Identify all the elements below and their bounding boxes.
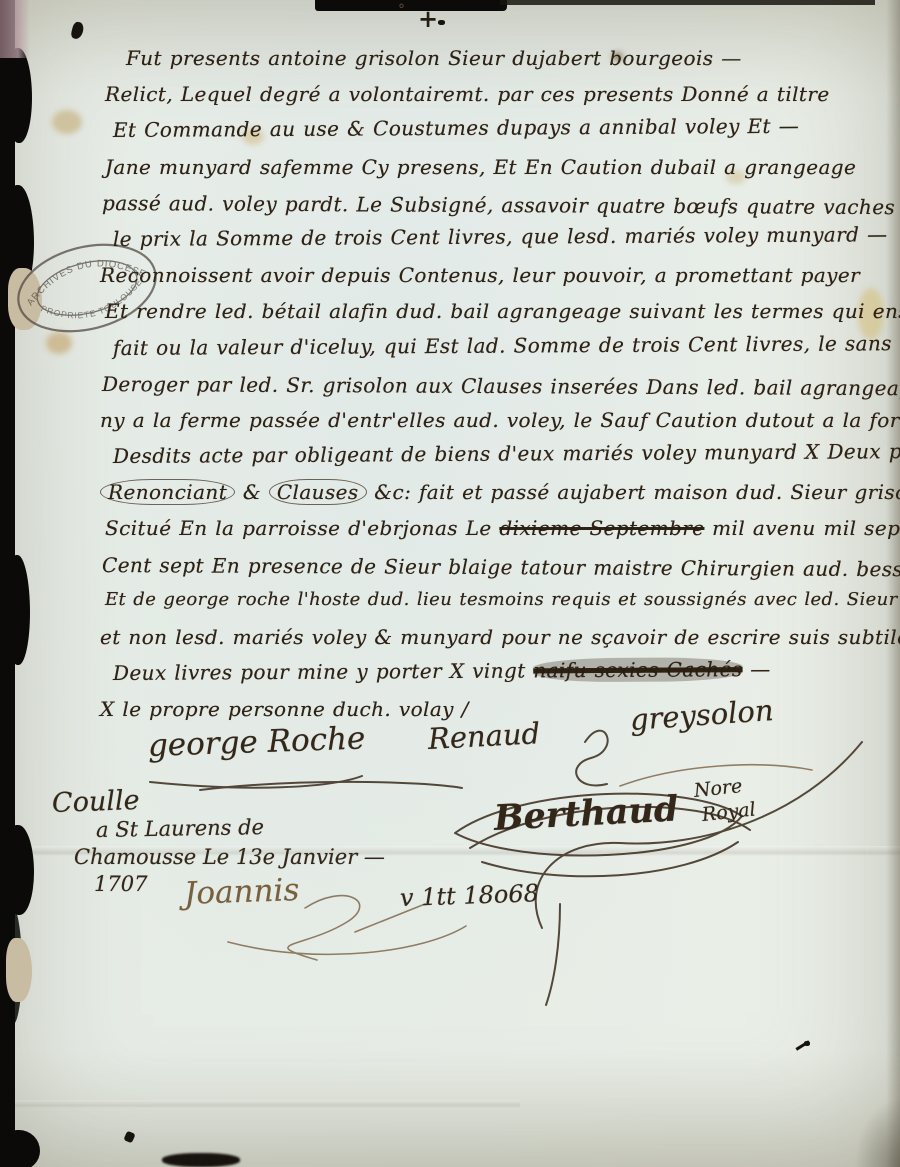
manuscript-line: Scitué En la parroisse d'ebrjonas Le dix… [105,516,880,552]
ring-mark: ° [398,2,405,18]
manuscript-line: Fut presents antoine grisolon Sieur duja… [126,46,880,82]
signature-witness: george Roche [147,720,366,764]
fold-crease-lower [0,1100,520,1108]
manuscript-line: Reconnoissent avoir depuis Contenus, leu… [100,263,880,299]
manuscript-line: Renonciant & Clauses &c: fait et passé a… [100,480,880,516]
ink-speck-bottom [123,1131,135,1144]
cross-dot [438,20,445,25]
manuscript-line: ny a la ferme passée d'entr'elles aud. v… [100,408,880,444]
manuscript-line: Cent sept En presence de Sieur blaige ta… [102,553,880,593]
annotation-year: 1707 [94,872,147,896]
annotation-name: Coulle [51,785,140,819]
scan-edge-top-thin [500,0,875,5]
manuscript-line: fait ou la valeur d'iceluy, qui Est lad.… [113,331,880,372]
binding-shadow-blob [6,555,30,665]
scan-corner-bottomright [854,1097,900,1167]
scanned-manuscript-page: ° + ARCHIVES DU DIOCESE PROPRIETE TOULOU… [0,0,900,1167]
manuscript-text: Fut presents antoine grisolon Sieur duja… [100,46,880,734]
annotation-date: Chamousse Le 13e Janvier — [74,845,385,869]
scan-corner-topleft [0,0,30,58]
manuscript-line: Et Commande au use & Coustumes dupays a … [113,114,880,155]
annotation-place: a St Laurens de [96,815,264,842]
scan-edge-top-dark [315,0,507,11]
manuscript-line: Et rendre led. bétail alafin dud. bail a… [105,299,880,335]
ink-speck-arrow-head [804,1041,810,1046]
manuscript-line: Deroger par led. Sr. grisolon aux Clause… [102,372,880,412]
manuscript-line: Jane munyard safemme Cy presens, Et En C… [105,155,880,191]
signature-registrar: Joannis [183,872,300,912]
signature-notary-paraph: Renaud [427,716,541,756]
manuscript-line: le prix la Somme de trois Cent livres, q… [113,222,880,263]
ink-blot-topleft [70,21,85,40]
manuscript-line: Relict, Lequel degré a volontairemt. par… [105,82,880,118]
binding-shadow-blob [0,1130,40,1167]
fee-notation: v 1tt 18o68 [400,879,540,912]
manuscript-line: Desdits acte par obligeant de biens d'eu… [113,439,880,480]
manuscript-line: et non lesd. mariés voley & munyard pour… [100,625,880,661]
ink-blot-bottom-edge [162,1153,240,1167]
binding-shadow-blob [6,48,32,143]
manuscript-line: Et de george roche l'hoste dud. lieu tes… [105,589,880,625]
cross-mark: + [418,4,438,33]
paper-stain [52,110,82,134]
